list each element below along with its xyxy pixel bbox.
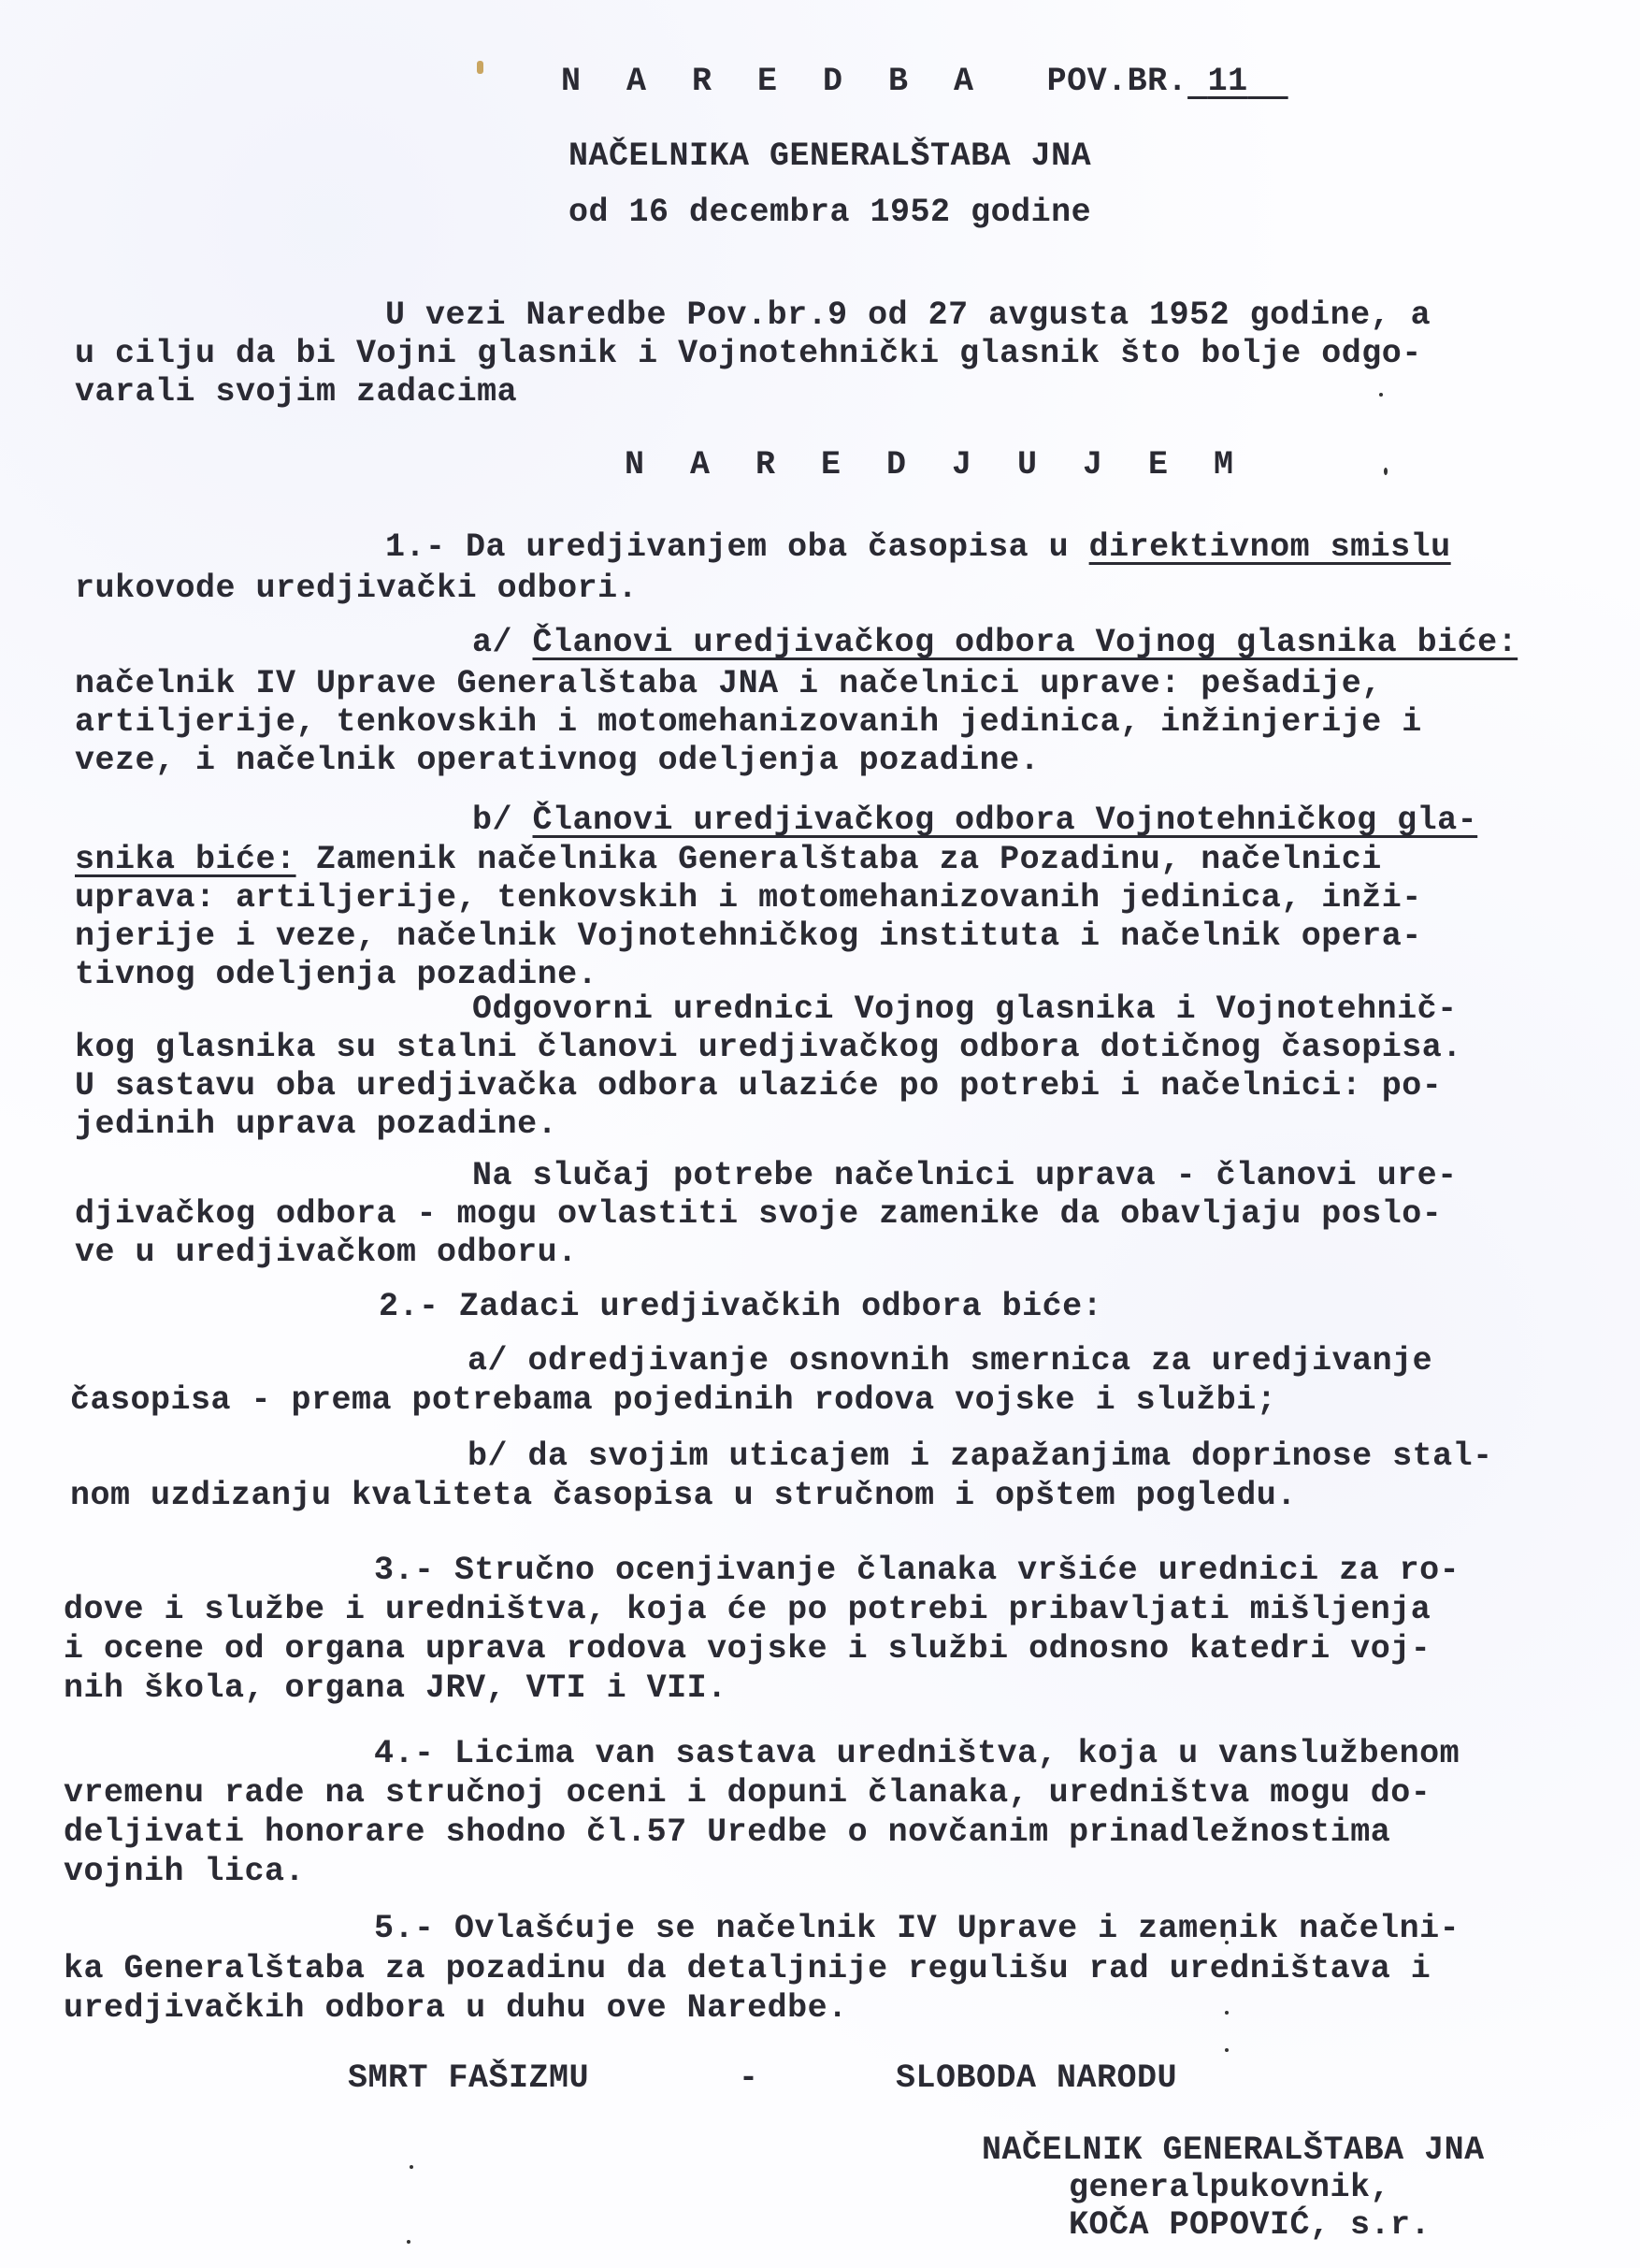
section1-b-heading: b/ Članovi uredjivačkog odbora Vojnotehn… [472,804,1477,837]
section1-line: 1.- Da uredjivanjem oba časopisa u direk… [385,531,1451,564]
scan-speck [410,2165,413,2169]
section2-b-line: b/ da svojim uticajem i zapažanjima dopr… [468,1440,1493,1473]
preamble-line: varali svojim zadacima [75,376,517,409]
section4-line: deljivati honorare shodno čl.57 Uredbe o… [64,1816,1390,1849]
deputies-line: Na slučaj potrebe načelnici uprava - čla… [472,1160,1458,1192]
section2-a-line: časopisa - prema potrebama pojedinih rod… [70,1384,1276,1417]
section4-line: vojnih lica. [64,1856,305,1888]
order-heading: N A R E D J U J E M [625,449,1246,482]
scan-speck [1384,468,1388,475]
editors-line: U sastavu oba uredjivačka odbora ulaziće… [75,1070,1442,1103]
section5-line: 5.- Ovlašćuje se načelnik IV Uprave i za… [374,1913,1460,1945]
section3-line: dove i službe i uredništva, koja će po p… [64,1594,1431,1626]
preamble-line: u cilju da bi Vojni glasnik i Vojnotehni… [75,338,1422,370]
scan-speck [1225,1941,1229,1944]
signature-title: NAČELNIK GENERALŠTABA JNA [982,2134,1485,2167]
section1-a-line: veze, i načelnik operativnog odeljenja p… [75,744,1040,777]
section4-line: vremenu rade na stručnoj oceni i dopuni … [64,1777,1431,1810]
section1-a-line: načelnik IV Uprave Generalštaba JNA i na… [75,668,1382,701]
document-date: od 16 decembra 1952 godine [568,196,1091,229]
signature-rank: generalpukovnik, [1069,2172,1390,2204]
document-issuer: NAČELNIKA GENERALŠTABA JNA [568,140,1091,173]
deputies-line: djivačkog odbora - mogu ovlastiti svoje … [75,1198,1442,1231]
scan-speck [1379,393,1383,397]
section2-b-line: nom uzdizanju kvaliteta časopisa u struč… [70,1480,1297,1512]
editors-line: kog glasnika su stalni članovi uredjivač… [75,1032,1462,1064]
section1-b-line: snika biće: Zamenik načelnika Generalšta… [75,844,1382,876]
section3-line: 3.- Stručno ocenjivanje članaka vršiće u… [374,1554,1460,1587]
paper-stain [477,61,483,74]
section3-line: i ocene od organa uprava rodova vojske i… [64,1633,1431,1666]
document-title: N A R E D B A POV.BR. 11 [561,65,1288,98]
section2-heading: 2.- Zadaci uredjivačkih odbora biće: [379,1291,1102,1323]
signature-name: KOČA POPOVIĆ, s.r. [1069,2209,1431,2242]
underlined-phrase: Članovi uredjivačkog odbora Vojnog glasn… [533,624,1518,661]
title-word: N A R E D B A [561,63,986,100]
underlined-phrase: Članovi uredjivačkog odbora Vojnotehničk… [533,802,1478,839]
title-ref-prefix: POV.BR. [1047,63,1188,100]
editors-line: jedinih uprava pozadine. [75,1108,557,1141]
section1-b-line: njerije i veze, načelnik Vojnotehničkog … [75,920,1422,953]
scan-speck [407,2240,410,2244]
section4-line: 4.- Licima van sastava uredništva, koja … [374,1738,1460,1770]
title-ref-number: 11 [1187,63,1288,100]
section2-a-line: a/ odredjivanje osnovnih smernica za ure… [468,1345,1432,1378]
section1-a-heading: a/ Članovi uredjivačkog odbora Vojnog gl… [472,627,1518,659]
slogan-left: SMRT FAŠIZMU [348,2062,589,2095]
scan-speck [1225,2048,1229,2052]
section1-a-line: artiljerije, tenkovskih i motomehanizova… [75,706,1422,739]
slogan-right: SLOBODA NARODU [896,2062,1177,2095]
section3-line: nih škola, organa JRV, VTI i VII. [64,1672,727,1705]
slogan-separator: - [739,2062,759,2095]
underlined-phrase: snika biće: [75,841,296,878]
section1-b-line: tivnog odeljenja pozadine. [75,959,597,991]
preamble-line: U vezi Naredbe Pov.br.9 od 27 avgusta 19… [385,299,1431,332]
scanned-page: N A R E D B A POV.BR. 11 NAČELNIKA GENER… [0,0,1640,2268]
section1-b-line: uprava: artiljerije, tenkovskih i motome… [75,882,1422,915]
section5-line: uredjivačkih odbora u duhu ove Naredbe. [64,1992,848,2025]
underlined-phrase: direktivnom smislu [1089,528,1451,566]
deputies-line: ve u uredjivačkom odboru. [75,1236,578,1269]
section1-line: rukovode uredjivački odbori. [75,572,638,605]
editors-line: Odgovorni urednici Vojnog glasnika i Voj… [472,993,1458,1026]
section5-line: ka Generalštaba za pozadinu da detaljnij… [64,1953,1431,1986]
scan-speck [1225,2011,1229,2015]
